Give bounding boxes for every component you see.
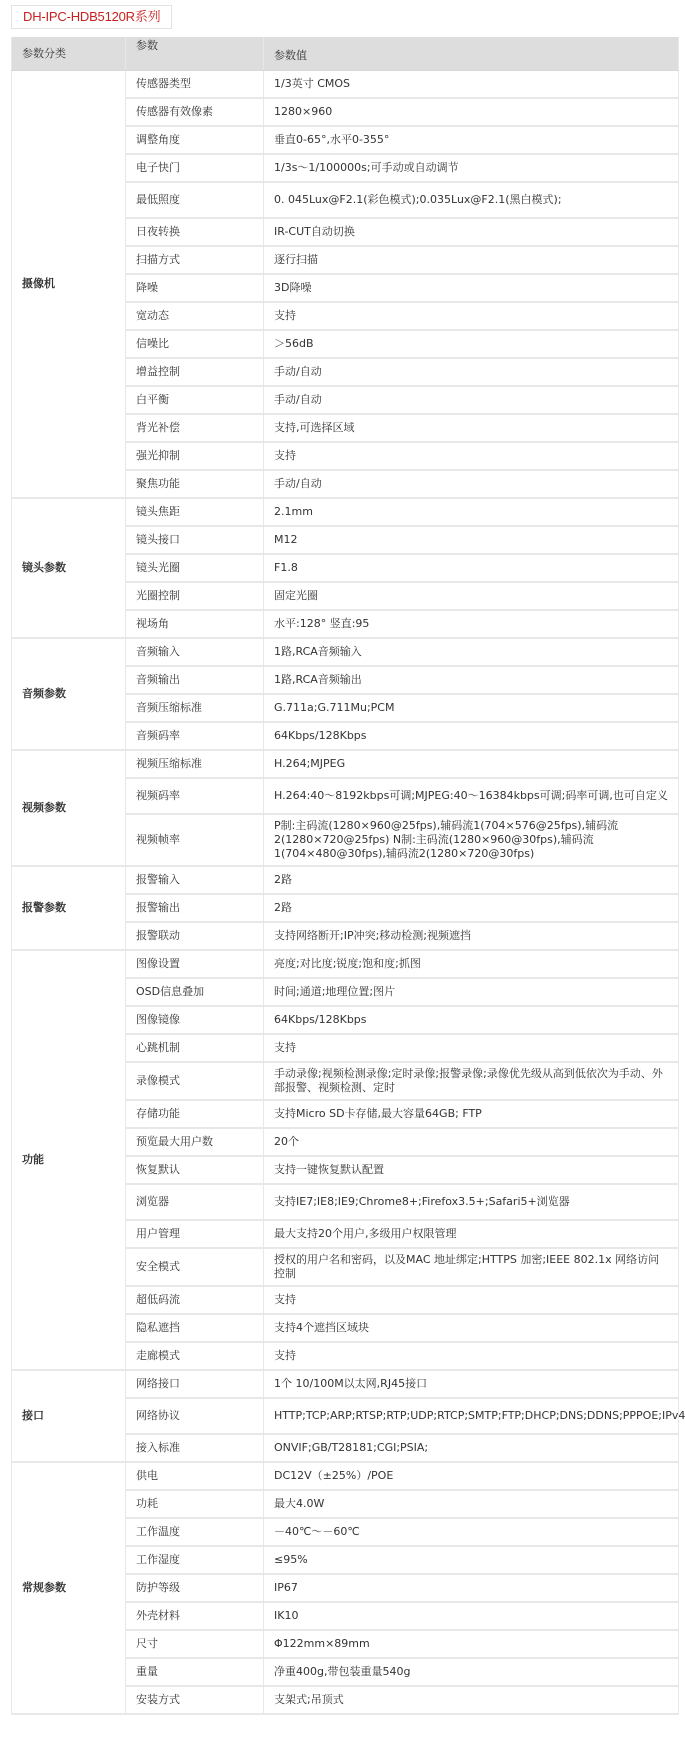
parameter-cell: 音频输出 xyxy=(126,666,264,694)
value-cell: DC12V（±25%）/POE xyxy=(264,1462,679,1490)
parameter-cell: 报警输出 xyxy=(126,894,264,922)
value-cell: 1/3s～1/100000s;可手动或自动调节 xyxy=(264,154,679,182)
category-cell: 镜头参数 xyxy=(12,498,126,638)
value-cell: 支持网络断开;IP冲突;移动检测;视频遮挡 xyxy=(264,922,679,950)
parameter-cell: 音频压缩标准 xyxy=(126,694,264,722)
parameter-cell: 电子快门 xyxy=(126,154,264,182)
value-cell: IR-CUT自动切换 xyxy=(264,218,679,246)
value-cell: 支持4个遮挡区域块 xyxy=(264,1314,679,1342)
parameter-cell: 工作湿度 xyxy=(126,1546,264,1574)
parameter-cell: 供电 xyxy=(126,1462,264,1490)
parameter-cell: 日夜转换 xyxy=(126,218,264,246)
value-cell: 3D降噪 xyxy=(264,274,679,302)
category-cell: 音频参数 xyxy=(12,638,126,750)
header-category: 参数分类 xyxy=(12,37,126,71)
parameter-cell: 视频帧率 xyxy=(126,814,264,866)
category-cell: 接口 xyxy=(12,1370,126,1462)
parameter-cell: 扫描方式 xyxy=(126,246,264,274)
parameter-cell: 接入标准 xyxy=(126,1434,264,1462)
value-cell: 2.1mm xyxy=(264,498,679,526)
header-parameter: 参数 xyxy=(126,37,264,71)
parameter-cell: 工作温度 xyxy=(126,1518,264,1546)
value-cell: 支架式;吊顶式 xyxy=(264,1686,679,1714)
parameter-cell: 镜头光圈 xyxy=(126,554,264,582)
parameter-cell: 宽动态 xyxy=(126,302,264,330)
value-cell: 手动/自动 xyxy=(264,358,679,386)
parameter-cell: 音频码率 xyxy=(126,722,264,750)
value-cell: 水平:128° 竖直:95 xyxy=(264,610,679,638)
value-cell: 支持 xyxy=(264,1342,679,1370)
parameter-cell: 视频码率 xyxy=(126,778,264,814)
value-cell: IP67 xyxy=(264,1574,679,1602)
table-row: 摄像机传感器类型1/3英寸 CMOS xyxy=(12,71,679,99)
parameter-cell: 强光抑制 xyxy=(126,442,264,470)
parameter-cell: 尺寸 xyxy=(126,1630,264,1658)
parameter-cell: 音频输入 xyxy=(126,638,264,666)
parameter-cell: 浏览器 xyxy=(126,1184,264,1220)
value-cell: IK10 xyxy=(264,1602,679,1630)
value-cell: 1路,RCA音频输出 xyxy=(264,666,679,694)
parameter-cell: 报警输入 xyxy=(126,866,264,894)
value-cell: 0. 045Lux@F2.1(彩色模式);0.035Lux@F2.1(黑白模式)… xyxy=(264,182,679,218)
parameter-cell: 网络接口 xyxy=(126,1370,264,1398)
value-cell: 支持Micro SD卡存储,最大容量64GB; FTP xyxy=(264,1100,679,1128)
parameter-cell: 镜头焦距 xyxy=(126,498,264,526)
parameter-cell: 外壳材料 xyxy=(126,1602,264,1630)
parameter-cell: 报警联动 xyxy=(126,922,264,950)
value-cell: 亮度;对比度;锐度;饱和度;抓图 xyxy=(264,950,679,978)
spec-table: 参数分类 参数 参数值 摄像机传感器类型1/3英寸 CMOS传感器有效像素128… xyxy=(11,37,679,1715)
table-row: 音频参数音频输入1路,RCA音频输入 xyxy=(12,638,679,666)
value-cell: 支持,可选择区域 xyxy=(264,414,679,442)
value-cell: 2路 xyxy=(264,894,679,922)
value-cell: 最大4.0W xyxy=(264,1490,679,1518)
parameter-cell: 心跳机制 xyxy=(126,1034,264,1062)
value-cell: 支持 xyxy=(264,1286,679,1314)
value-cell: M12 xyxy=(264,526,679,554)
parameter-cell: 网络协议 xyxy=(126,1398,264,1434)
parameter-cell: 背光补偿 xyxy=(126,414,264,442)
table-row: 镜头参数镜头焦距2.1mm xyxy=(12,498,679,526)
table-row: 报警参数报警输入2路 xyxy=(12,866,679,894)
parameter-cell: 光圈控制 xyxy=(126,582,264,610)
value-cell: 时间;通道;地理位置;图片 xyxy=(264,978,679,1006)
value-cell: 支持 xyxy=(264,1034,679,1062)
parameter-cell: 功耗 xyxy=(126,1490,264,1518)
parameter-cell: 录像模式 xyxy=(126,1062,264,1100)
parameter-cell: 图像设置 xyxy=(126,950,264,978)
parameter-cell: 传感器有效像素 xyxy=(126,98,264,126)
category-cell: 摄像机 xyxy=(12,71,126,499)
value-cell: 64Kbps/128Kbps xyxy=(264,1006,679,1034)
parameter-cell: 安全模式 xyxy=(126,1248,264,1286)
value-cell: 手动录像;视频检测录像;定时录像;报警录像;录像优先级从高到低依次为手动、外部报… xyxy=(264,1062,679,1100)
parameter-cell: 超低码流 xyxy=(126,1286,264,1314)
parameter-cell: 聚焦功能 xyxy=(126,470,264,498)
value-cell: 支持IE7;IE8;IE9;Chrome8+;Firefox3.5+;Safar… xyxy=(264,1184,679,1220)
value-cell: ≤95% xyxy=(264,1546,679,1574)
value-cell: P制:主码流(1280×960@25fps),辅码流1(704×576@25fp… xyxy=(264,814,679,866)
parameter-cell: 镜头接口 xyxy=(126,526,264,554)
value-cell: 授权的用户名和密码，以及MAC 地址绑定;HTTPS 加密;IEEE 802.1… xyxy=(264,1248,679,1286)
value-cell: H.264;MJPEG xyxy=(264,750,679,778)
category-cell: 常规参数 xyxy=(12,1462,126,1714)
parameter-cell: 防护等级 xyxy=(126,1574,264,1602)
value-cell: 固定光圈 xyxy=(264,582,679,610)
parameter-cell: 信噪比 xyxy=(126,330,264,358)
value-cell: ONVIF;GB/T28181;CGI;PSIA; xyxy=(264,1434,679,1462)
product-series-title: DH-IPC-HDB5120R系列 xyxy=(11,5,172,29)
parameter-cell: 最低照度 xyxy=(126,182,264,218)
parameter-cell: 调整角度 xyxy=(126,126,264,154)
value-cell: HTTP;TCP;ARP;RTSP;RTP;UDP;RTCP;SMTP;FTP;… xyxy=(264,1398,679,1434)
value-cell: G.711a;G.711Mu;PCM xyxy=(264,694,679,722)
value-cell: 1路,RCA音频输入 xyxy=(264,638,679,666)
table-row: 常规参数供电DC12V（±25%）/POE xyxy=(12,1462,679,1490)
parameter-cell: 走廊模式 xyxy=(126,1342,264,1370)
parameter-cell: 传感器类型 xyxy=(126,71,264,99)
value-cell: 净重400g,带包装重量540g xyxy=(264,1658,679,1686)
parameter-cell: 恢复默认 xyxy=(126,1156,264,1184)
value-cell: Φ122mm×89mm xyxy=(264,1630,679,1658)
parameter-cell: 安装方式 xyxy=(126,1686,264,1714)
table-row: 功能图像设置亮度;对比度;锐度;饱和度;抓图 xyxy=(12,950,679,978)
spec-table-body: 摄像机传感器类型1/3英寸 CMOS传感器有效像素1280×960调整角度垂直0… xyxy=(12,71,679,1715)
category-cell: 功能 xyxy=(12,950,126,1370)
value-cell: 支持 xyxy=(264,442,679,470)
value-cell: 2路 xyxy=(264,866,679,894)
category-cell: 视频参数 xyxy=(12,750,126,866)
parameter-cell: 增益控制 xyxy=(126,358,264,386)
value-cell: 1280×960 xyxy=(264,98,679,126)
value-cell: 1个 10/100M以太网,RJ45接口 xyxy=(264,1370,679,1398)
value-cell: 20个 xyxy=(264,1128,679,1156)
value-cell: －40℃～－60℃ xyxy=(264,1518,679,1546)
value-cell: 逐行扫描 xyxy=(264,246,679,274)
parameter-cell: 白平衡 xyxy=(126,386,264,414)
value-cell: H.264:40～8192kbps可调;MJPEG:40～16384kbps可调… xyxy=(264,778,679,814)
parameter-cell: 重量 xyxy=(126,1658,264,1686)
parameter-cell: 隐私遮挡 xyxy=(126,1314,264,1342)
parameter-cell: 降噪 xyxy=(126,274,264,302)
value-cell: F1.8 xyxy=(264,554,679,582)
value-cell: 垂直0-65°,水平0-355° xyxy=(264,126,679,154)
table-row: 视频参数视频压缩标准H.264;MJPEG xyxy=(12,750,679,778)
parameter-cell: 预览最大用户数 xyxy=(126,1128,264,1156)
value-cell: 64Kbps/128Kbps xyxy=(264,722,679,750)
parameter-cell: 图像镜像 xyxy=(126,1006,264,1034)
value-cell: 手动/自动 xyxy=(264,470,679,498)
parameter-cell: 用户管理 xyxy=(126,1220,264,1248)
value-cell: 支持一键恢复默认配置 xyxy=(264,1156,679,1184)
category-cell: 报警参数 xyxy=(12,866,126,950)
value-cell: 最大支持20个用户,多级用户权限管理 xyxy=(264,1220,679,1248)
parameter-cell: 视场角 xyxy=(126,610,264,638)
value-cell: ＞56dB xyxy=(264,330,679,358)
value-cell: 支持 xyxy=(264,302,679,330)
table-header-row: 参数分类 参数 参数值 xyxy=(12,37,679,71)
parameter-cell: 存储功能 xyxy=(126,1100,264,1128)
parameter-cell: OSD信息叠加 xyxy=(126,978,264,1006)
value-cell: 1/3英寸 CMOS xyxy=(264,71,679,99)
table-row: 接口网络接口1个 10/100M以太网,RJ45接口 xyxy=(12,1370,679,1398)
header-value: 参数值 xyxy=(264,37,679,71)
parameter-cell: 视频压缩标准 xyxy=(126,750,264,778)
value-cell: 手动/自动 xyxy=(264,386,679,414)
